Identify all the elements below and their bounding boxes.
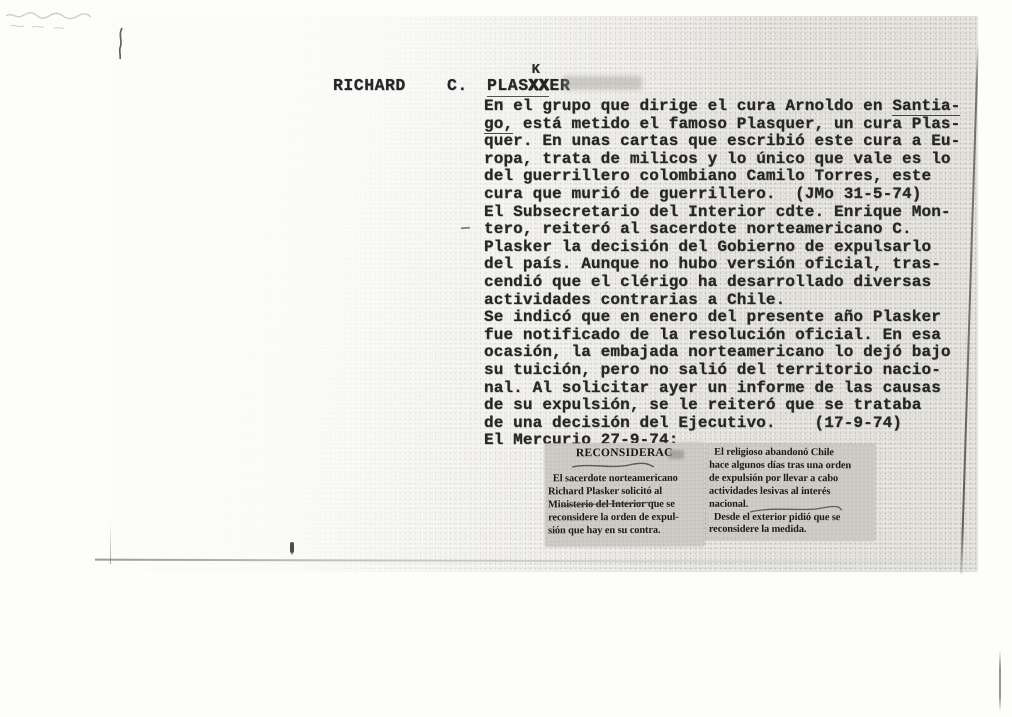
typed-line: Plasker la decisión del Gobierno de expu… (484, 239, 960, 257)
typed-line: ocasión, la embajada norteamericano lo d… (484, 344, 960, 362)
text-segment: su tuición, pero no salió del territorio… (484, 361, 941, 379)
surname-pre: PLAS (487, 76, 529, 95)
clipping-line: nacional. (709, 498, 872, 511)
ink-blob-mark (290, 542, 294, 553)
erased-headline-end-smudge (668, 450, 684, 459)
surname-struck-chars: XX (529, 76, 550, 95)
text-segment: El Subsecretario del Interior cdte. Enri… (484, 203, 951, 221)
title-surname-underlined: PLASKXX (487, 76, 549, 97)
typed-line: actividades contrarias a Chile. (484, 292, 960, 310)
typed-line: del país. Aunque no hubo versión oficial… (484, 256, 960, 274)
title-middle-initial: C. (447, 76, 468, 95)
text-segment: Plasker la decisión del Gobierno de expu… (484, 238, 931, 256)
text-segment: Se indicó que en enero del presente año … (484, 308, 941, 326)
text-segment: nal. Al solicitar ayer un informe de las… (484, 379, 941, 397)
typed-line: su tuición, pero no salió del territorio… (484, 362, 960, 380)
underlined-text-segment: Santia- (892, 97, 960, 116)
clipping-line: actividades lesivas al interés (709, 485, 872, 498)
typed-line: El Subsecretario del Interior cdte. Enri… (484, 204, 960, 222)
typed-line: cura que murió de guerrillero. (JMo 31-5… (484, 186, 960, 204)
typed-line: fue notificado de la resolución oficial.… (484, 327, 960, 345)
typed-text-block: En el grupo que dirige el cura Arnoldo e… (484, 98, 960, 450)
text-segment: ropa, trata de milicos y lo único que va… (484, 150, 951, 168)
text-segment: En el grupo que dirige el cura Arnoldo e… (484, 97, 892, 115)
clipping-line: Desde el exterior pidió que se (709, 511, 872, 524)
scan-artifact-line (999, 650, 1001, 712)
typed-line: quer. En unas cartas que escribió este c… (484, 133, 960, 151)
clipping-line: El sacerdote norteamericano (548, 473, 701, 487)
clipping-line: hace algunos días tras una orden (709, 460, 872, 473)
text-segment: está metido el famoso Plasquer, un cura … (513, 115, 960, 133)
clipping-line: reconsidere la medida. (709, 524, 872, 537)
text-segment: de su expulsión, se le reiteró que se tr… (484, 396, 921, 414)
text-segment: ocasión, la embajada norteamericano lo d… (484, 343, 951, 361)
surname-overstrike-wrap: KXX (529, 76, 550, 95)
typed-line: ropa, trata de milicos y lo único que va… (484, 151, 960, 169)
typed-correction-letter: K (532, 62, 541, 78)
text-segment: quer. En unas cartas que escribió este c… (484, 132, 960, 150)
text-segment: cendió que el clérigo ha desarrollado di… (484, 273, 931, 291)
clipping-body: El religioso abandonó Chilehace algunos … (706, 447, 875, 538)
underlined-text-segment: go, (484, 115, 513, 134)
clipping-line: Ministerio del Interior que se (548, 498, 701, 512)
title-first-name: RICHARD (333, 76, 406, 95)
typed-line: de una decisión del Ejecutivo. (17-9-74) (484, 415, 960, 433)
pencil-scribble-icon (2, 6, 117, 36)
title-surname: PLASKXXER (487, 76, 570, 95)
clipping-line: sión que hay en su contra. (548, 524, 701, 538)
text-segment: cura que murió de guerrillero. (JMo 31-5… (484, 185, 921, 203)
text-segment: tero, reiteró al sacerdote norteamerican… (484, 220, 912, 238)
text-segment: del guerrillero colombiano Camilo Torres… (484, 167, 931, 185)
typed-line: Se indicó que en enero del presente año … (484, 309, 960, 327)
text-segment: del país. Aunque no hubo versión oficial… (484, 255, 941, 273)
typed-line: go, está metido el famoso Plasquer, un c… (484, 116, 960, 134)
typed-line: del guerrillero colombiano Camilo Torres… (484, 168, 960, 186)
clipping-line: reconsidere la orden de expul- (548, 511, 701, 525)
scanned-document-page: RICHARD C. PLASKXXER En el grupo que dir… (0, 0, 1012, 717)
erased-text-smudge (562, 76, 642, 90)
typed-line: tero, reiteró al sacerdote norteamerican… (484, 221, 960, 239)
typed-line: cendió que el clérigo ha desarrollado di… (484, 274, 960, 292)
clipping-line: de expulsión por llevar a cabo (709, 473, 872, 486)
clipping-line: El religioso abandonó Chile (709, 447, 872, 460)
clipping-body: El sacerdote norteamericanoRichard Plask… (545, 473, 704, 538)
typed-line: nal. Al solicitar ayer un informe de las… (484, 380, 960, 398)
text-segment: fue notificado de la resolución oficial.… (484, 326, 941, 344)
clipping-line: Richard Plasker solicitó al (548, 486, 701, 500)
typed-line: de su expulsión, se le reiteró que se tr… (484, 397, 960, 415)
newspaper-clipping-right: El religioso abandonó Chilehace algunos … (706, 444, 875, 541)
text-segment: de una decisión del Ejecutivo. (17-9-74) (484, 414, 902, 432)
typed-line: En el grupo que dirige el cura Arnoldo e… (484, 98, 960, 116)
text-segment: actividades contrarias a Chile. (484, 291, 785, 309)
